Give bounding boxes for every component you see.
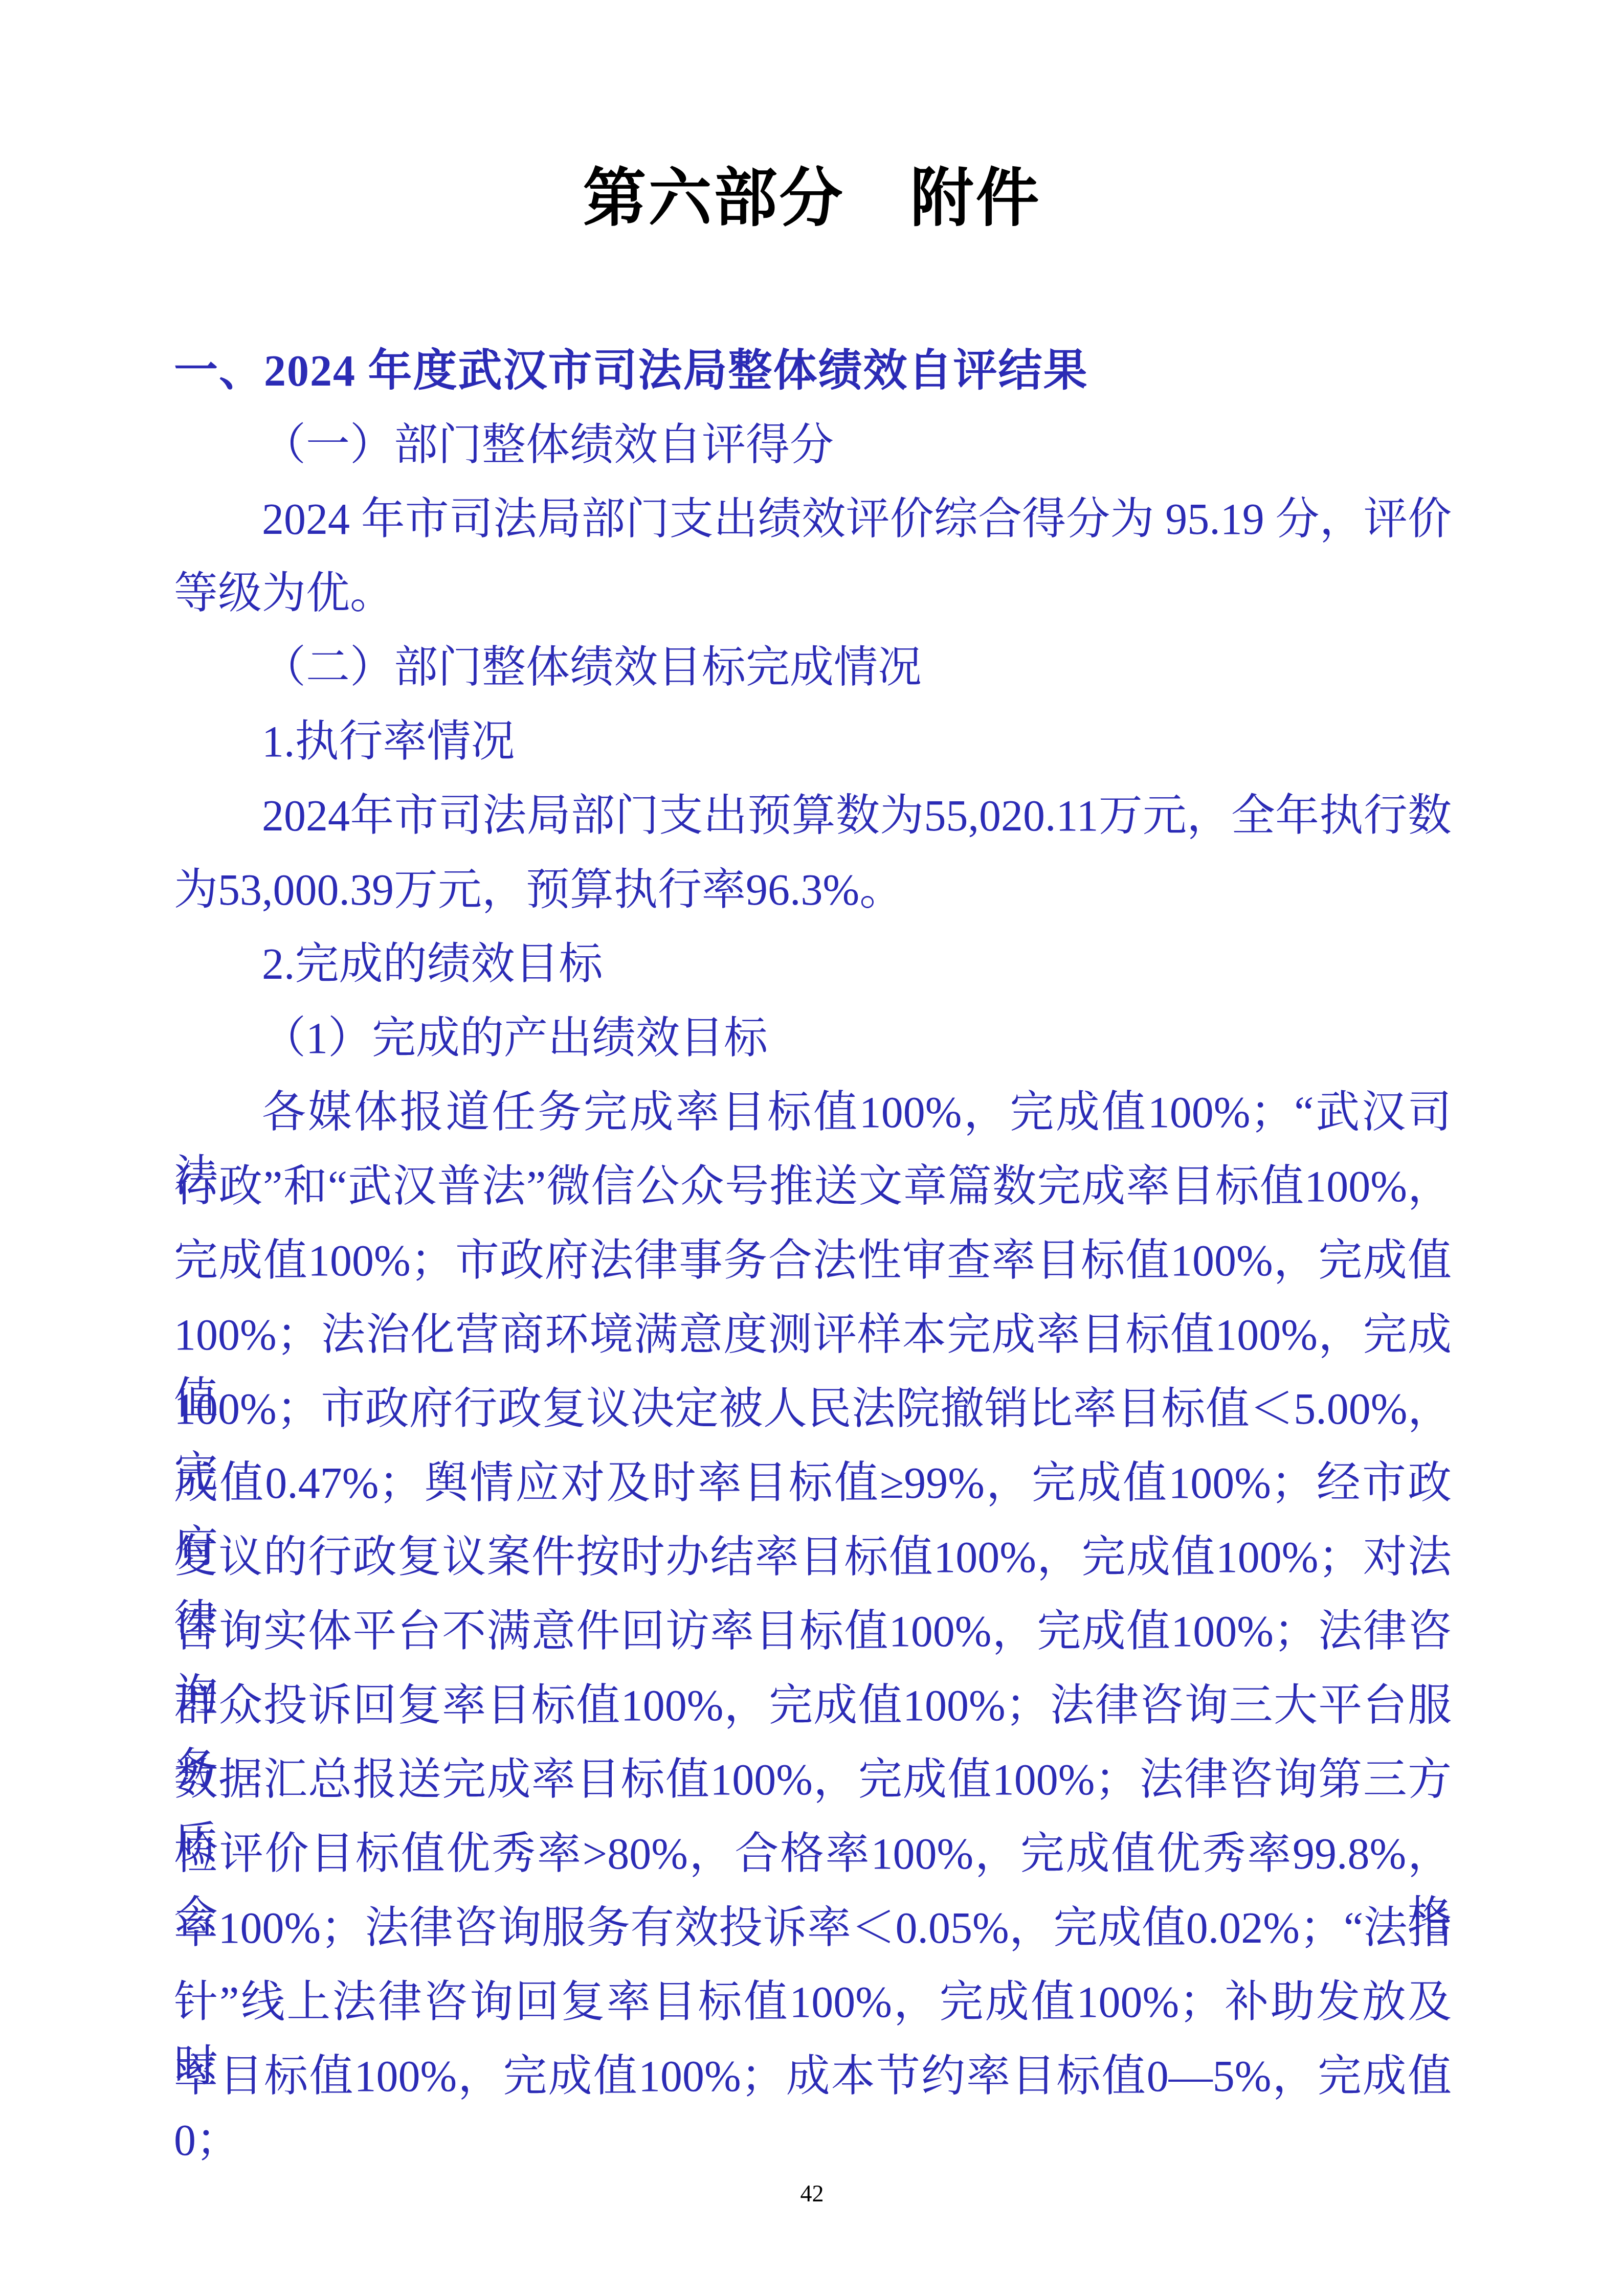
document-title: 第六部分 附件 — [0, 163, 1624, 236]
page-number: 42 — [0, 2179, 1624, 2208]
document-page: 第六部分 附件 一、2024 年度武汉市司法局整体绩效自评结果 （一）部门整体绩… — [0, 0, 1624, 2296]
body-line: 2024 年市司法局部门支出绩效评价综合得分为 95.19 分，评价 — [174, 487, 1452, 551]
body-line: 等级为优。 — [174, 561, 1452, 625]
subsection-heading: 2.完成的绩效目标 — [174, 932, 1452, 996]
subsection-heading: （1）完成的产出绩效目标 — [174, 1006, 1452, 1070]
body-line: 率100%；法律咨询服务有效投诉率＜0.05%，完成值0.02%；“法指 — [174, 1896, 1452, 1960]
body-line: 行政”和“武汉普法”微信公众号推送文章篇数完成率目标值100%， — [174, 1155, 1452, 1219]
body-line: 为53,000.39万元，预算执行率96.3%。 — [174, 858, 1452, 922]
body-line: 2024年市司法局部门支出预算数为55,020.11万元，全年执行数 — [174, 784, 1452, 848]
section-heading: 一、2024 年度武汉市司法局整体绩效自评结果 — [174, 339, 1452, 403]
body-line: 完成值100%；市政府法律事务合法性审查率目标值100%，完成值 — [174, 1229, 1452, 1293]
subsection-heading: （一）部门整体绩效自评得分 — [174, 413, 1452, 477]
subsection-heading: 1.执行率情况 — [174, 710, 1452, 774]
subsection-heading: （二）部门整体绩效目标完成情况 — [174, 636, 1452, 700]
body-line: 率目标值100%，完成值100%；成本节约率目标值0—5%，完成值0； — [174, 2044, 1452, 2172]
